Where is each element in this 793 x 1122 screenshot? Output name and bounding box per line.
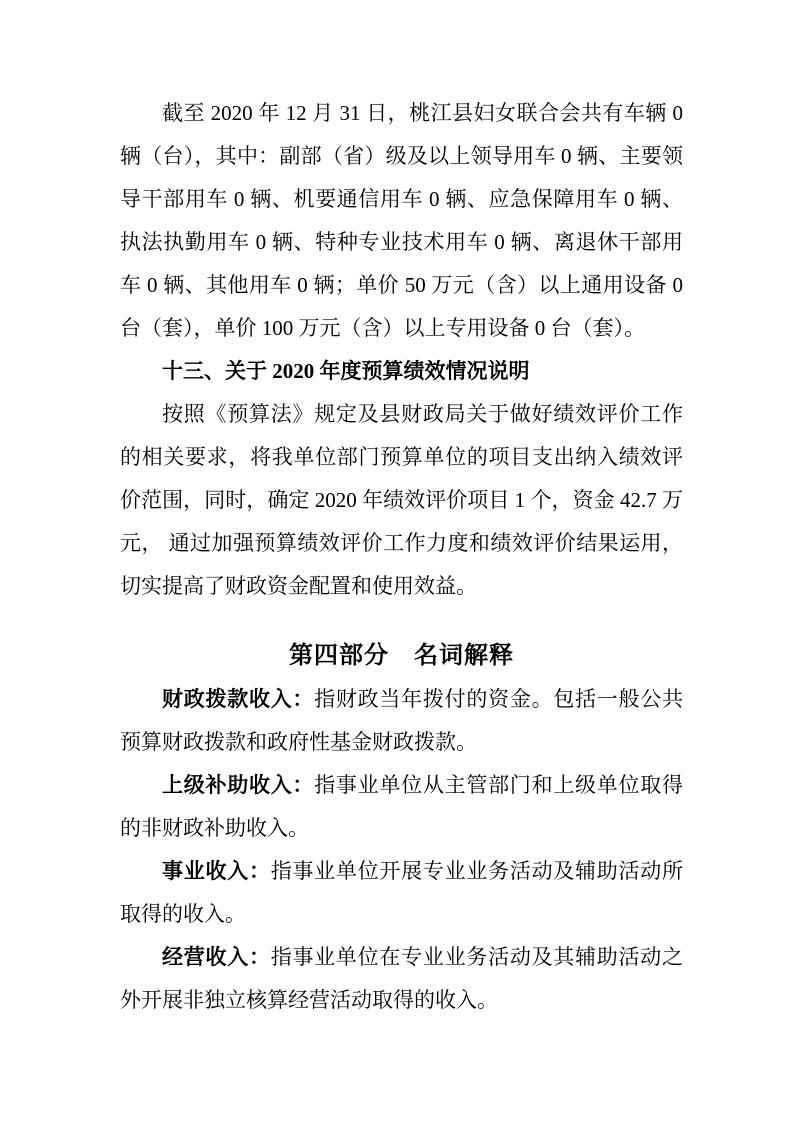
term-label: 上级补助收入：	[162, 773, 314, 797]
term-label: 财政拨款收入：	[162, 687, 314, 711]
term-label: 事业收入：	[162, 859, 271, 883]
heading-section-13: 十三、关于 2020 年度预算绩效情况说明	[120, 350, 683, 393]
paragraph-vehicle-summary: 截至 2020 年 12 月 31 日，桃江县妇女联合会共有车辆 0 辆（台），…	[120, 92, 683, 350]
document-page: 截至 2020 年 12 月 31 日，桃江县妇女联合会共有车辆 0 辆（台），…	[0, 0, 793, 1122]
term-paragraph-operating-income-public: 事业收入：指事业单位开展专业业务活动及辅助活动所取得的收入。	[120, 850, 683, 936]
term-paragraph-superior-subsidy-income: 上级补助收入：指事业单位从主管部门和上级单位取得的非财政补助收入。	[120, 764, 683, 850]
term-paragraph-fiscal-appropriation-income: 财政拨款收入：指财政当年拨付的资金。包括一般公共预算财政拨款和政府性基金财政拨款…	[120, 678, 683, 764]
paragraph-budget-performance: 按照《预算法》规定及县财政局关于做好绩效评价工作的相关要求，将我单位部门预算单位…	[120, 393, 683, 608]
term-label: 经营收入：	[162, 945, 271, 969]
term-paragraph-business-income: 经营收入：指事业单位在专业业务活动及其辅助活动之外开展非独立核算经营活动取得的收…	[120, 936, 683, 1022]
section-title-part-4: 第四部分 名词解释	[120, 635, 683, 678]
